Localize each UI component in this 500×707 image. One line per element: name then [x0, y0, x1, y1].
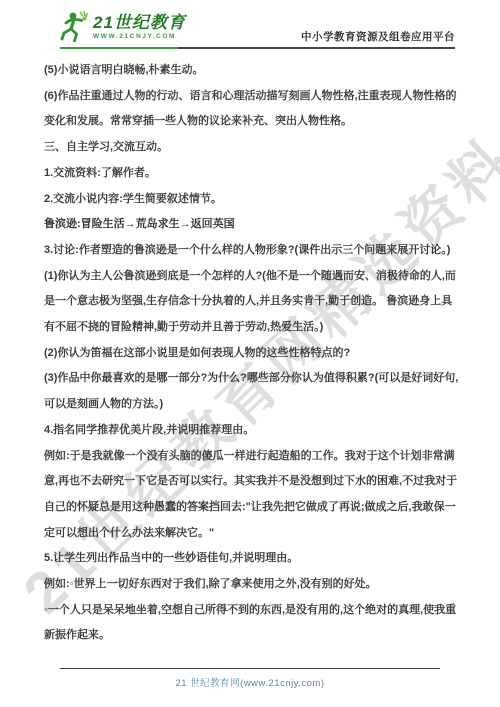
paragraph: 4.指名同学推荐优美片段,并说明推荐理由。: [44, 418, 462, 444]
paragraph: 鲁滨逊:冒险生活→荒岛求生→返回英国: [44, 212, 462, 238]
page-footer: 21 世纪教育网(www.21cnjy.com): [60, 668, 440, 689]
paragraph: 例如:◦世界上一切好东西对于我们,除了拿来使用之外,没有别的好处。: [44, 572, 462, 598]
brand-text-block: 21世纪教育 www.21cnjy.com: [93, 10, 186, 41]
paragraph: 1.交流资料:了解作者。: [44, 161, 462, 187]
brand-logo: 21世纪教育 www.21cnjy.com: [60, 10, 186, 42]
paragraph: 例如:于是我就像一个没有头脑的傻瓜一样进行起造船的工作。我对于这个计划非常满意,…: [44, 444, 462, 547]
page-header: 21世纪教育 www.21cnjy.com 中小学教育资源及组卷应用平台: [60, 10, 455, 46]
runner-logo-icon: [60, 10, 90, 42]
footer-site-text: 21 世纪教育网(www.21cnjy.com): [60, 675, 440, 689]
document-page: 21世纪教育网精选资料 21世纪教育 www.21cnjy.com 中小学教育资…: [0, 0, 500, 707]
paragraph: 5.让学生列出作品当中的一些妙语佳句,并说明理由。: [44, 546, 462, 572]
paragraph: (2)你认为笛福在这部小说里是如何表现人物的这些性格特点的?: [44, 341, 462, 367]
brand-name: 21世纪教育: [93, 14, 186, 31]
paragraph: (3)作品中你最喜欢的是哪一部分?为什么?哪些部分你认为值得积累?(可以是好词好…: [44, 366, 462, 417]
paragraph: 三、自主学习,交流互动。: [44, 135, 462, 161]
platform-title: 中小学教育资源及组卷应用平台: [301, 29, 455, 44]
paragraph: (1)你认为主人公鲁滨逊到底是一个怎样的人?(他不是一个随遇而安、消极待命的人,…: [44, 264, 462, 341]
paragraph: 3.讨论:作者塑造的鲁滨逊是一个什么样的人物形象?(课件出示三个问题来展开讨论。…: [44, 238, 462, 264]
footer-divider: [60, 668, 440, 669]
paragraph: (6)作品注重通过人物的行动、语言和心理活动描写刻画人物性格,注重表现人物性格的…: [44, 84, 462, 135]
paragraph: (5)小说语言明白晓畅,朴素生动。: [44, 58, 462, 84]
paragraph: ◦一个人只是呆呆地坐着,空想自己所得不到的东西,是没有用的,这个绝对的真理,使我…: [44, 598, 462, 649]
header-divider-green-segment: [60, 47, 178, 49]
brand-url: www.21cnjy.com: [93, 34, 186, 41]
document-body: (5)小说语言明白晓畅,朴素生动。(6)作品注重通过人物的行动、语言和心理活动描…: [44, 58, 462, 649]
paragraph: 2.交流小说内容:学生简要叙述情节。: [44, 187, 462, 213]
